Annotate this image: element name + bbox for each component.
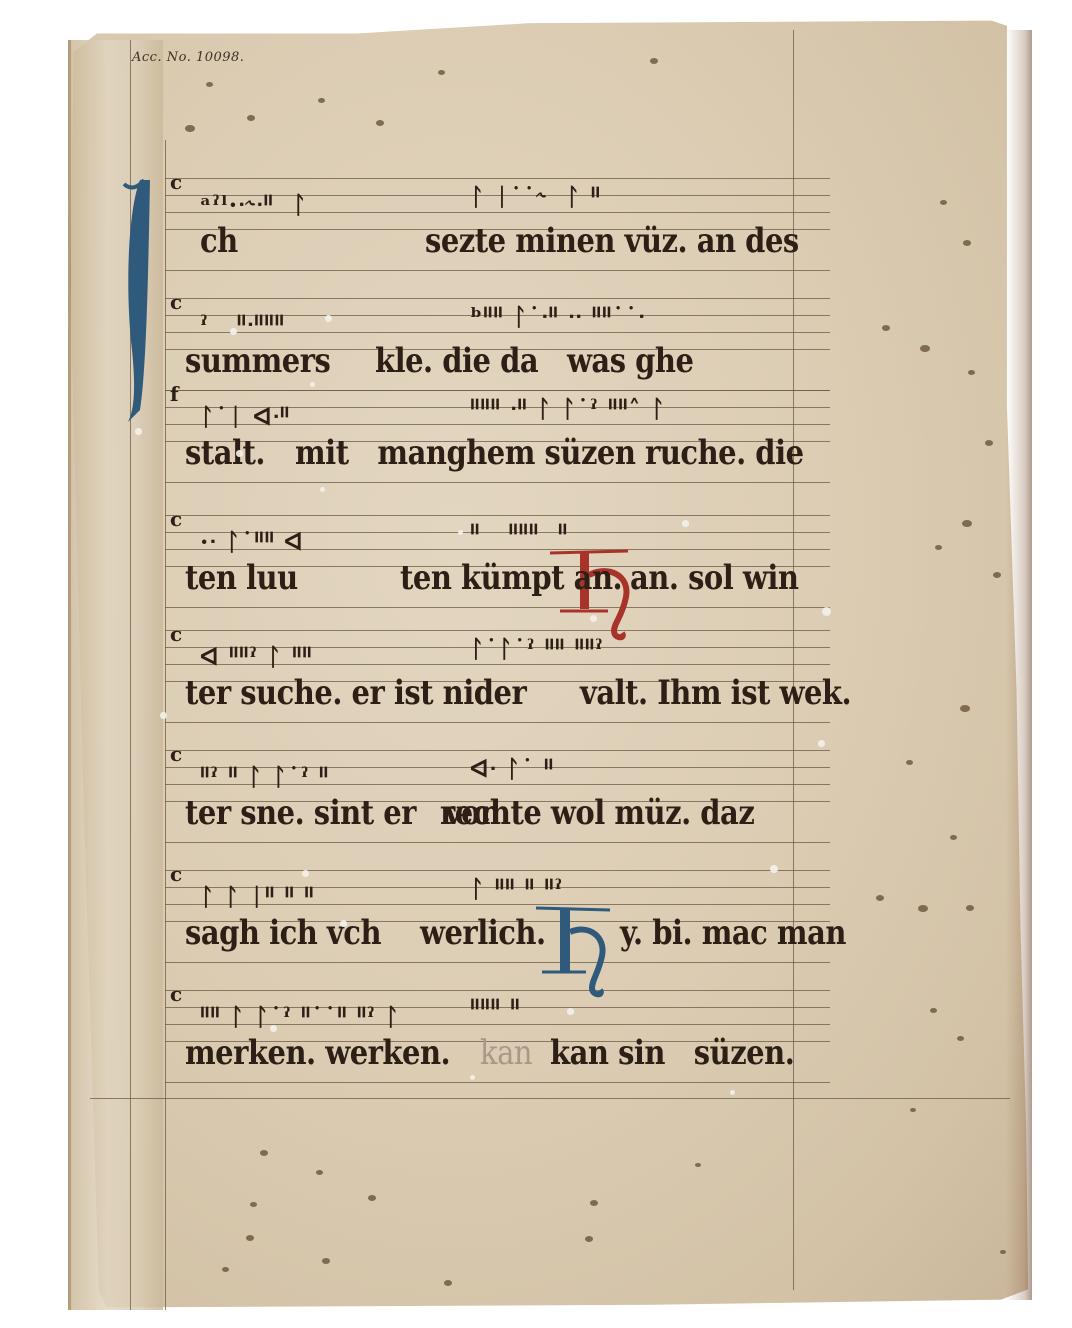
lyric-text: rechte wol müz. daz — [440, 793, 754, 832]
worm-hole — [160, 712, 167, 719]
neume-group: ᐊ ᐦᐦˀ ᛚ ᐦᐦ — [200, 642, 312, 671]
neume-group: ᛚ ᐦᐦ ᐦ ᐦˀ — [470, 874, 563, 903]
text-baseline — [165, 962, 830, 963]
stain-spot — [910, 1108, 916, 1112]
neume-group: ᵇᐦᐦ ᛚ˙ᐧᐦ ᐧᐧ ᐦᐦ˙˙ᐧ — [470, 302, 645, 331]
stain-spot — [920, 345, 930, 352]
worm-hole — [236, 450, 243, 457]
stain-spot — [906, 760, 913, 765]
lyric-text: ch — [200, 221, 238, 260]
text-baseline — [165, 270, 830, 271]
worm-hole — [135, 428, 142, 435]
worm-hole — [590, 615, 597, 622]
stain-spot — [206, 82, 213, 87]
accession-number: Acc. No. 10098. — [132, 50, 244, 65]
initial-i-blue-icon — [120, 170, 170, 430]
stain-spot — [316, 1170, 323, 1175]
neume-group: ᛚ˙ᛚ˙ˀ ᐦᐦ ᐦᐦˀ — [470, 634, 604, 663]
neume-group: ˀ ᐦᐧᐦᐦᐦ — [200, 310, 285, 339]
stain-spot — [222, 1267, 229, 1272]
stain-spot — [318, 98, 325, 103]
lyric-text: valt. Ihm ist wek. — [580, 673, 851, 712]
neume-group: ᛚ ᛚ ᛁᐦ ᐦ ᐦ — [200, 882, 314, 911]
bottom-ruling — [90, 1098, 1010, 1099]
staff-line — [165, 178, 830, 179]
lyric-text: an. sol win — [630, 558, 798, 597]
lyric-text: ten luu — [185, 558, 298, 597]
stain-spot — [940, 200, 947, 205]
lyric-text: ter suche. er ist nider — [185, 673, 526, 712]
stain-spot — [930, 1008, 937, 1013]
clef-mark: c — [170, 862, 182, 886]
stain-spot — [935, 545, 942, 550]
worm-hole — [325, 315, 332, 322]
ruling-vertical-right — [793, 30, 794, 1290]
stain-spot — [918, 905, 928, 912]
clef-mark: c — [170, 507, 182, 531]
worm-hole — [682, 520, 689, 527]
text-baseline — [165, 842, 830, 843]
text-baseline — [165, 722, 830, 723]
staff-line — [165, 750, 830, 751]
clef-mark: f — [170, 382, 179, 406]
staff-line — [165, 515, 830, 516]
text-baseline — [165, 607, 830, 608]
lyric-text: kan sin süzen. — [550, 1033, 794, 1072]
staff-line — [165, 870, 830, 871]
stain-spot — [250, 1202, 257, 1207]
stain-spot — [438, 70, 445, 75]
neume-group: ᵃˀˡ·ᐧ˞ᐧᐦ ᛚ — [200, 190, 308, 219]
clef-mark: c — [170, 742, 182, 766]
staff-line — [165, 630, 830, 631]
staff-line — [165, 990, 830, 991]
worm-hole — [302, 870, 309, 877]
text-baseline — [165, 482, 830, 483]
stain-spot — [957, 1036, 964, 1041]
neume-group: ᐦᐦᐦ ᐧᐦ ᛚ ᛚ˙ˀ ᐦᐦ˄ ᛚ — [470, 394, 666, 423]
neume-group: ᐦᐦᐦ ᐦ — [470, 994, 520, 1023]
lyric-text: sezte minen vüz. an des — [425, 221, 799, 260]
faded-offset-text: kan — [480, 1033, 532, 1072]
worm-hole — [230, 328, 237, 335]
lyric-text: sagh ich vch — [185, 913, 381, 952]
worm-hole — [567, 1008, 574, 1015]
staff-line — [165, 298, 830, 299]
lyric-text: mit manghem süzen ruche. die — [295, 433, 804, 472]
lyric-text: merken. werken. — [185, 1033, 450, 1072]
lyric-text: ten kümpt an. — [400, 558, 622, 597]
stain-spot — [185, 125, 195, 132]
stain-spot — [968, 370, 975, 375]
clef-mark: c — [170, 170, 182, 194]
neume-group: ·ᐧ ᛚ˙ᐦᐦ ᐊ — [200, 527, 304, 556]
neume-group: ᐊᐧ ᛚ˙ ᐦ — [470, 754, 554, 783]
neume-group: ᛚ˙ᛁ ᐊᐧᐦ — [200, 402, 290, 431]
lyric-text: stalt. — [185, 433, 265, 472]
stain-spot — [962, 520, 972, 527]
stain-spot — [950, 835, 957, 840]
neume-group: ᐦˀ ᐦ ᛚ ᛚ˙ˀ ᐦ — [200, 762, 329, 791]
neume-group: ᐦ ᐦᐦᐦ ᐦ — [470, 519, 568, 548]
worm-hole — [770, 865, 778, 873]
worm-hole — [340, 920, 347, 927]
staff-line — [165, 390, 830, 391]
clef-mark: c — [170, 982, 182, 1006]
neume-group: ᐦᐦ ᛚ ᛚ˙ˀ ᐦ˙˙ᐦ ᐦˀ ᛚ — [200, 1002, 400, 1031]
text-baseline — [165, 1082, 830, 1083]
stain-spot — [1000, 1250, 1006, 1254]
lyric-text: y. bi. mac man — [620, 913, 846, 952]
worm-hole — [270, 1025, 277, 1032]
right-edge-shadow — [1006, 30, 1032, 1300]
clef-mark: c — [170, 622, 182, 646]
lyric-text: kle. die da was ghe — [375, 341, 693, 380]
clef-mark: c — [170, 290, 182, 314]
lyric-text: summers — [185, 341, 330, 380]
worm-hole — [818, 740, 825, 747]
stain-spot — [695, 1163, 701, 1167]
lyric-text: werlich. — [420, 913, 546, 952]
neume-group: ᛚ ᛁ˙˙˞ ᛚ ᐦ — [470, 182, 601, 211]
stain-spot — [960, 705, 970, 712]
